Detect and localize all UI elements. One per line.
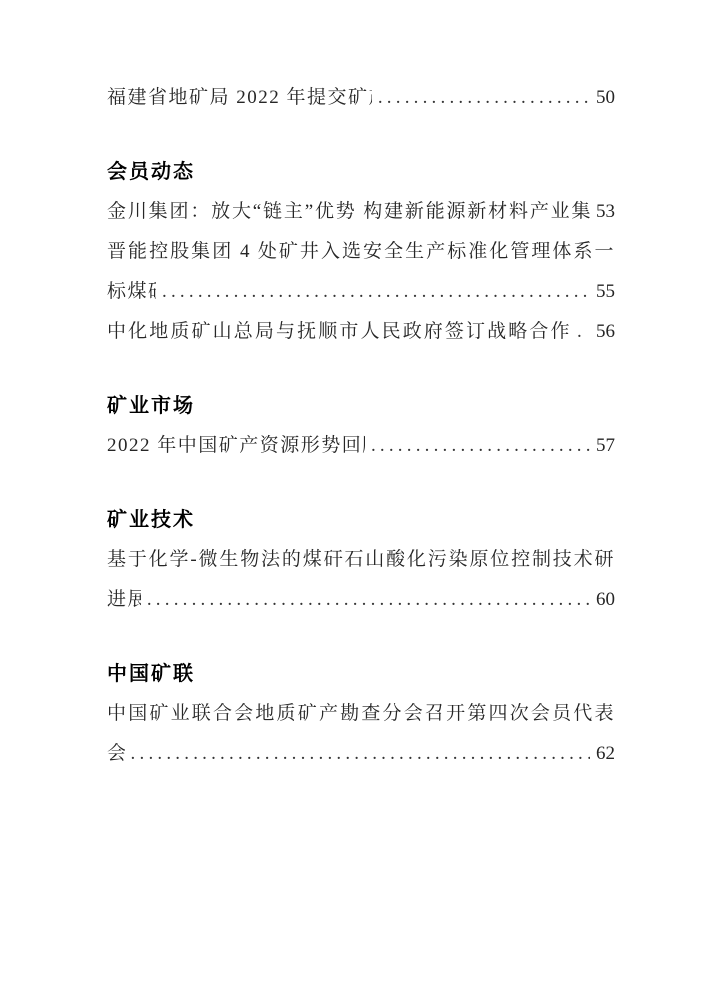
section-heading: 矿业市场 (107, 386, 615, 426)
entry-page-number: 57 (596, 426, 615, 466)
entry-title: 基于化学-微生物法的煤矸石山酸化污染原位控制技术研究 (107, 540, 615, 580)
dot-leader: ........................................… (162, 272, 590, 312)
section-heading: 中国矿联 (107, 654, 615, 694)
toc-section: 中国矿联 中国矿业联合会地质矿产勘查分会召开第四次会员代表大 会 .......… (107, 654, 615, 774)
toc-entry-line[interactable]: 中国矿业联合会地质矿产勘查分会召开第四次会员代表大 (107, 694, 615, 734)
entry-title: 中化地质矿山总局与抚顺市人民政府签订战略合作协议 (107, 312, 571, 352)
entry-page-number: 60 (596, 580, 615, 620)
toc-entry-line[interactable]: 金川集团：放大“链主”优势 构建新能源新材料产业集群 53 (107, 192, 615, 232)
toc-section: 福建省地矿局 2022 年提交矿产地 18 处 ................… (107, 78, 615, 118)
dot-leader: ........................................… (131, 734, 590, 774)
toc-section: 矿业技术 基于化学-微生物法的煤矸石山酸化污染原位控制技术研究 进展 .....… (107, 500, 615, 620)
toc-section: 矿业市场 2022 年中国矿产资源形势回顾与展望 ...............… (107, 386, 615, 466)
entry-page-number: 56 (596, 312, 615, 352)
entry-page-number: 55 (596, 272, 615, 312)
entry-title: 会 (107, 734, 125, 774)
toc-entry-line[interactable]: 基于化学-微生物法的煤矸石山酸化污染原位控制技术研究 (107, 540, 615, 580)
dot-leader: . (577, 312, 586, 352)
section-heading: 矿业技术 (107, 500, 615, 540)
toc-entry-line[interactable]: 2022 年中国矿产资源形势回顾与展望 ....................… (107, 426, 615, 466)
entry-page-number: 62 (596, 734, 615, 774)
entry-title: 金川集团：放大“链主”优势 构建新能源新材料产业集群 (107, 192, 592, 232)
toc-entry-line[interactable]: 中化地质矿山总局与抚顺市人民政府签订战略合作协议 . 56 (107, 312, 615, 352)
toc-entry-line[interactable]: 晋能控股集团 4 处矿井入选安全生产标准化管理体系一级达 (107, 232, 615, 272)
entry-title: 福建省地矿局 2022 年提交矿产地 18 处 (107, 78, 372, 118)
entry-title: 晋能控股集团 4 处矿井入选安全生产标准化管理体系一级达 (107, 232, 615, 272)
dot-leader: ................................ (378, 78, 590, 118)
entry-title: 2022 年中国矿产资源形势回顾与展望 (107, 426, 365, 466)
document-page: 福建省地矿局 2022 年提交矿产地 18 处 ................… (0, 0, 713, 995)
entry-title: 标煤矿 (107, 272, 156, 312)
entry-page-number: 53 (596, 192, 615, 232)
toc-entry-line[interactable]: 标煤矿 ....................................… (107, 272, 615, 312)
toc-entry-line[interactable]: 福建省地矿局 2022 年提交矿产地 18 处 ................… (107, 78, 615, 118)
dot-leader: ........................................… (147, 580, 590, 620)
section-heading: 会员动态 (107, 152, 615, 192)
toc-entry-line[interactable]: 进展 .....................................… (107, 580, 615, 620)
dot-leader: ................................ (371, 426, 590, 466)
entry-page-number: 50 (596, 78, 615, 118)
entry-title: 进展 (107, 580, 141, 620)
entry-title: 中国矿业联合会地质矿产勘查分会召开第四次会员代表大 (107, 694, 615, 734)
toc-entry-line[interactable]: 会 ......................................… (107, 734, 615, 774)
toc-section: 会员动态 金川集团：放大“链主”优势 构建新能源新材料产业集群 53 晋能控股集… (107, 152, 615, 352)
